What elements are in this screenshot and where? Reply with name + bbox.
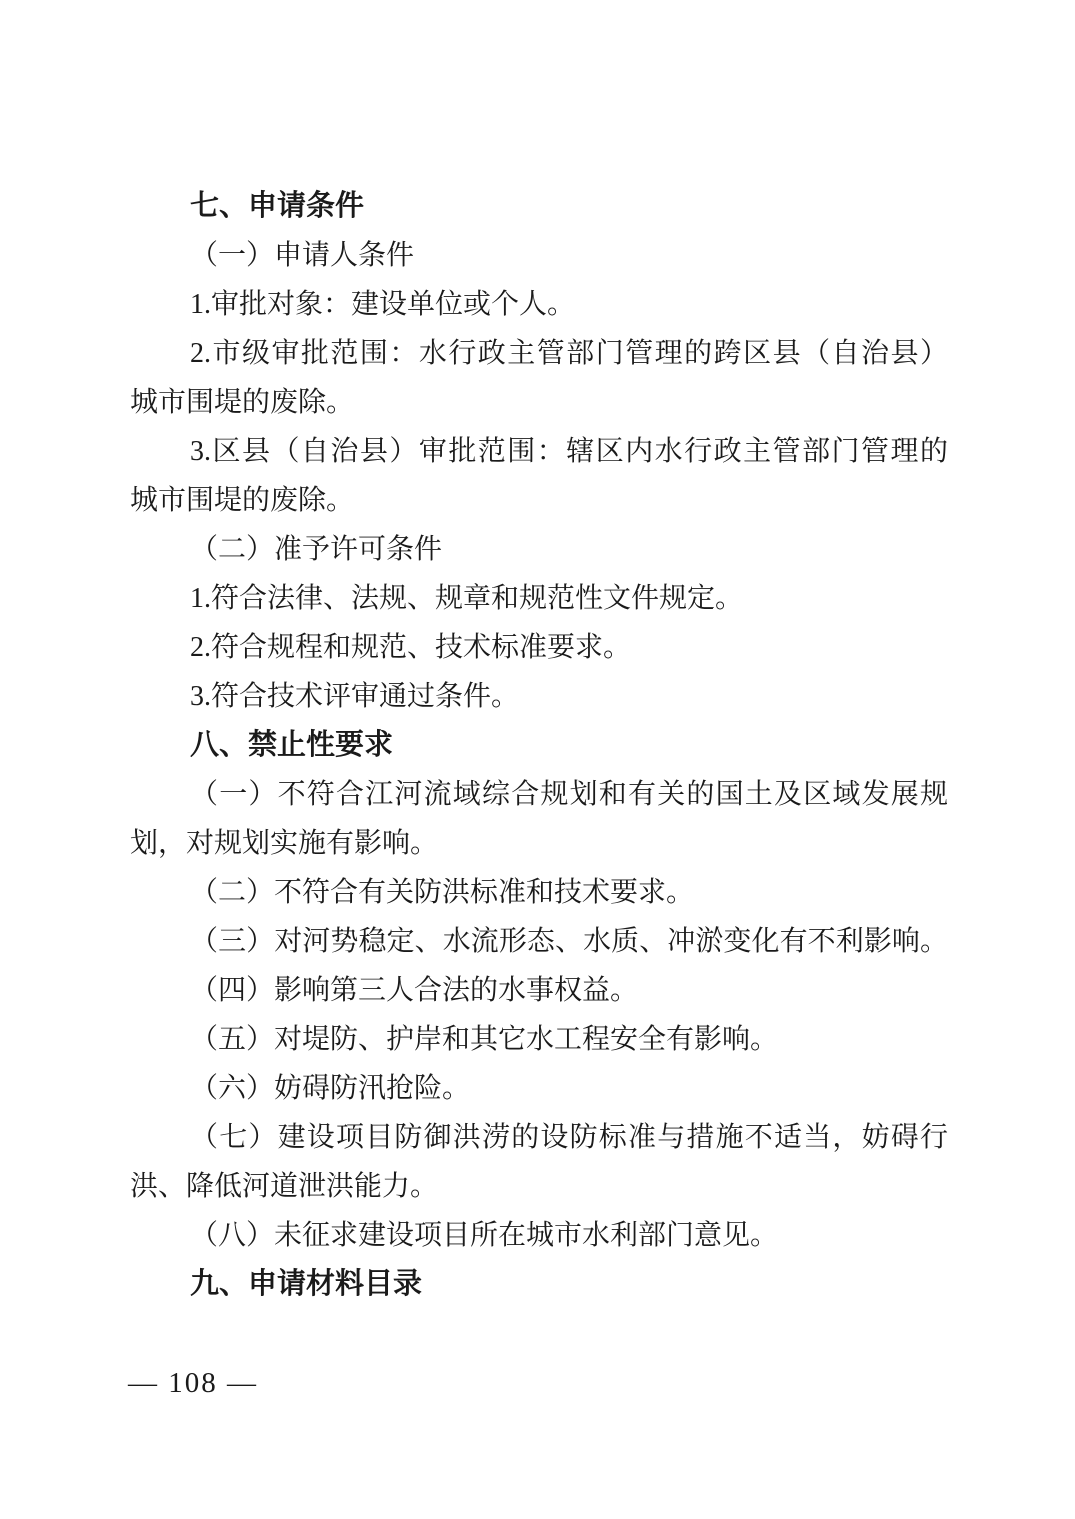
text-line: （一）申请人条件 — [130, 231, 948, 280]
text-line: 城市围堤的废除。 — [130, 476, 948, 525]
text-line: 洪、降低河道泄洪能力。 — [130, 1162, 948, 1211]
text-line: （六）妨碍防汛抢险。 — [130, 1064, 948, 1113]
section-heading: 九、申请材料目录 — [130, 1260, 948, 1309]
text-line: （八）未征求建设项目所在城市水利部门意见。 — [130, 1211, 948, 1260]
text-line: 城市围堤的废除。 — [130, 378, 948, 427]
text-line: （一）不符合江河流域综合规划和有关的国土及区域发展规 — [130, 770, 948, 819]
text-line: 1.符合法律、法规、规章和规范性文件规定。 — [130, 574, 948, 623]
document-page: 七、申请条件 （一）申请人条件 1.审批对象：建设单位或个人。 2.市级审批范围… — [0, 0, 1075, 1519]
text-line: 3.符合技术评审通过条件。 — [130, 672, 948, 721]
text-line: 2.市级审批范围：水行政主管部门管理的跨区县（自治县） — [130, 329, 948, 378]
text-line: （四）影响第三人合法的水事权益。 — [130, 966, 948, 1015]
text-line: 3.区县（自治县）审批范围：辖区内水行政主管部门管理的 — [130, 427, 948, 476]
text-line: （五）对堤防、护岸和其它水工程安全有影响。 — [130, 1015, 948, 1064]
text-line: （二）不符合有关防洪标准和技术要求。 — [130, 868, 948, 917]
text-line: （三）对河势稳定、水流形态、水质、冲淤变化有不利影响。 — [130, 917, 948, 966]
section-heading: 八、禁止性要求 — [130, 721, 948, 770]
text-line: （七）建设项目防御洪涝的设防标准与措施不适当，妨碍行 — [130, 1113, 948, 1162]
section-heading: 七、申请条件 — [130, 182, 948, 231]
text-line: （二）准予许可条件 — [130, 525, 948, 574]
text-line: 划，对规划实施有影响。 — [130, 819, 948, 868]
text-line: 2.符合规程和规范、技术标准要求。 — [130, 623, 948, 672]
document-body: 七、申请条件 （一）申请人条件 1.审批对象：建设单位或个人。 2.市级审批范围… — [130, 182, 948, 1309]
text-line: 1.审批对象：建设单位或个人。 — [130, 280, 948, 329]
page-number: — 108 — — [128, 1366, 258, 1400]
